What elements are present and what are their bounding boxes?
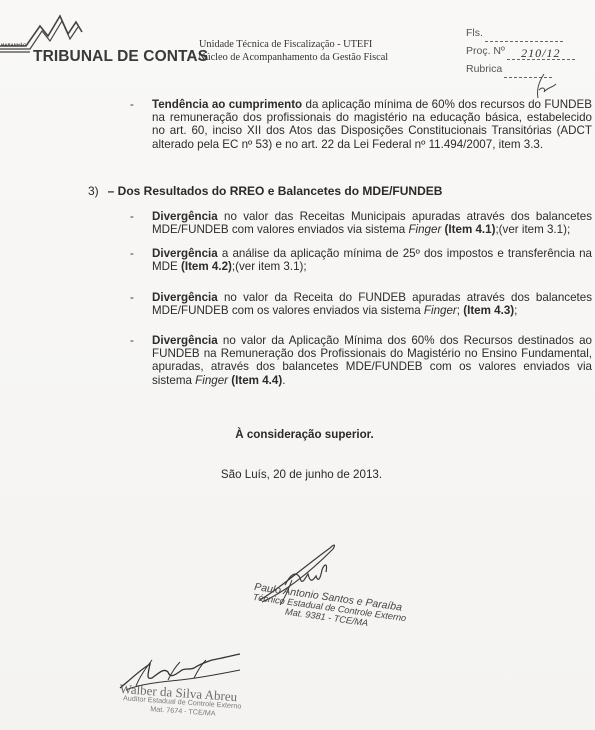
section-number: 3)	[88, 184, 99, 198]
fls-value	[485, 29, 563, 42]
unit-line-2: Núcleo de Acompanhamento da Gestão Fisca…	[198, 51, 388, 64]
rubrica-label: Rubrica	[466, 60, 502, 78]
item-lead: Divergência	[152, 334, 218, 347]
logo-name: TRIBUNAL DE CONTAS	[33, 48, 208, 66]
item-divergencia-fundeb: Divergência no valor da Receita do FUNDE…	[152, 291, 592, 317]
bullet-dash: -	[130, 291, 134, 304]
item-reference: (Item 4.2)	[181, 260, 232, 273]
bullet-dash: -	[130, 334, 134, 347]
item-text: no valor da Receita do FUNDEB apuradas a…	[152, 291, 592, 317]
tribunal-logo: MARANHÃO TRIBUNAL DE CONTAS	[0, 12, 180, 64]
item-divergencia-mde: Divergência a análise da aplicação mínim…	[152, 247, 592, 273]
unit-line-1: Unidade Técnica de Fiscalização - UTEFI	[198, 38, 388, 51]
bullet-dash: -	[130, 247, 134, 260]
fls-label: Fls.	[466, 24, 483, 42]
item-reference: (Item 4.3)	[463, 304, 514, 317]
logo-state-label: MARANHÃO	[1, 42, 26, 47]
proc-label: Proç. Nº	[466, 42, 505, 60]
section-heading: 3)– Dos Resultados do RREO e Balancetes …	[88, 184, 442, 198]
item-text: ;	[514, 304, 517, 317]
item-lead: Tendência ao cumprimento	[152, 98, 302, 111]
bullet-dash: -	[130, 210, 134, 223]
item-reference: (Item 4.4)	[231, 374, 282, 387]
item-lead: Divergência	[152, 291, 218, 304]
item-divergencia-receitas: Divergência no valor das Receitas Munici…	[152, 210, 592, 236]
item-italic: Finger	[424, 304, 457, 317]
unit-heading: Unidade Técnica de Fiscalização - UTEFI …	[198, 38, 388, 64]
section-title: – Dos Resultados do RREO e Balancetes do…	[108, 184, 443, 198]
signature-block-1: Paulo Antonio Santos e Paraíba Técnico E…	[230, 530, 490, 630]
process-stamp: Fls. Proç. Nº210/12 Rubrica	[466, 24, 575, 78]
proc-value: 210/12	[507, 47, 575, 60]
item-italic: Finger	[408, 223, 441, 236]
bullet-dash: -	[130, 98, 134, 111]
place-date: São Luís, 20 de junho de 2013.	[0, 468, 595, 481]
document-page: MARANHÃO TRIBUNAL DE CONTAS Unidade Técn…	[0, 0, 595, 730]
item-italic: Finger	[195, 374, 228, 387]
signature-block-2: Walber da Silva Abreu Auditor Estadual d…	[90, 650, 300, 730]
item-tendencia: Tendência ao cumprimento da aplicação mí…	[152, 98, 592, 151]
closing-consideration: À consideração superior.	[0, 428, 595, 441]
item-divergencia-aplicacao: Divergência no valor da Aplicação Mínima…	[152, 334, 592, 387]
item-lead: Divergência	[152, 247, 218, 260]
item-text: ;(ver item 3.1);	[232, 260, 307, 273]
item-text: ;(ver item 3.1);	[495, 223, 570, 236]
item-reference: (Item 4.1)	[445, 223, 496, 236]
item-text: .	[282, 374, 285, 387]
item-lead: Divergência	[152, 210, 218, 223]
